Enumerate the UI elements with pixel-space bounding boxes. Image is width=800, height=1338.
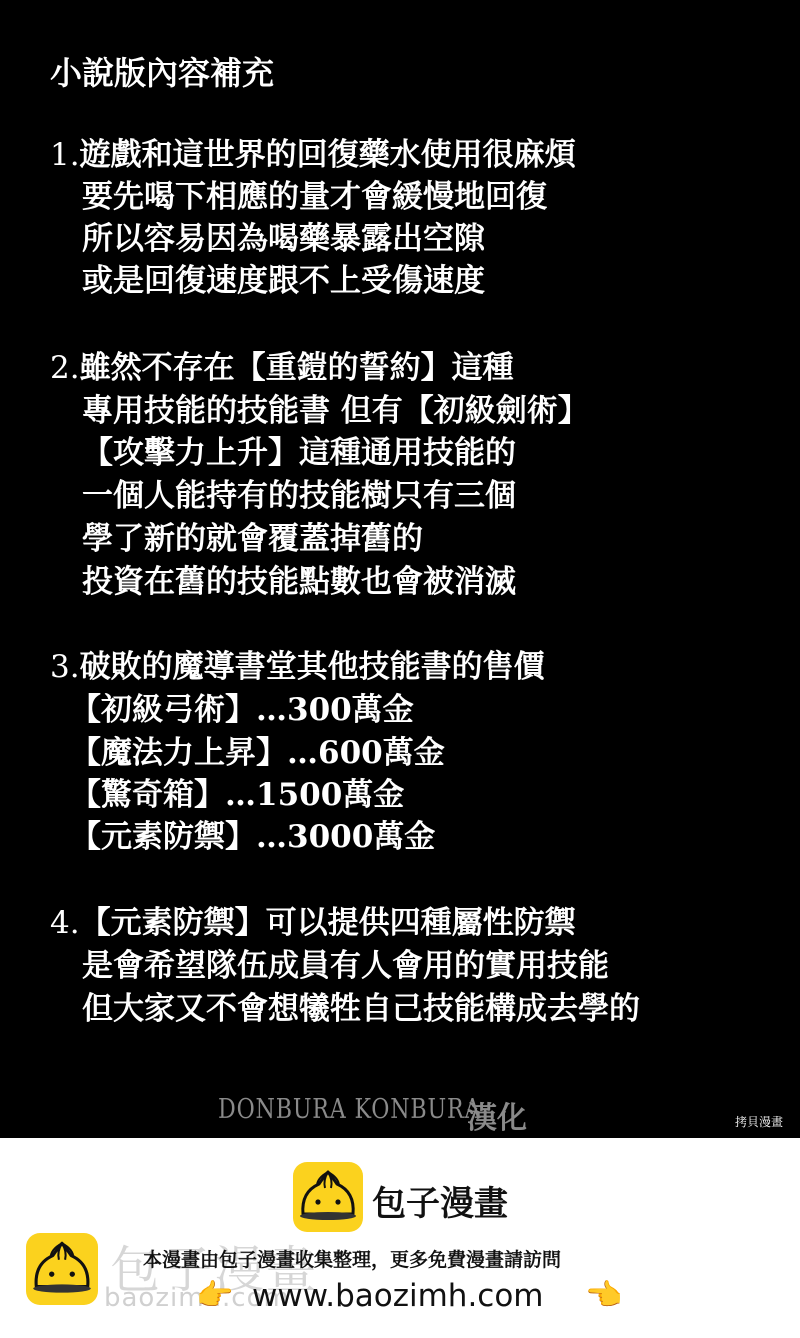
price-item-3: 【驚奇箱】…1500萬金 xyxy=(70,780,404,811)
source-watermark: 拷貝漫畫 xyxy=(735,1113,783,1130)
section-4-line-1: 4.【元素防禦】可以提供四種屬性防禦 xyxy=(50,908,576,939)
collection-notice: 本漫畫由包子漫畫收集整理，更多免費漫畫請訪問 xyxy=(143,1245,561,1272)
section-4-line-3: 但大家又不會想犧牲自己技能構成去學的 xyxy=(82,994,640,1025)
section-3-line-1: 3.破敗的魔導書堂其他技能書的售價 xyxy=(50,652,545,683)
section-1-line-1: 1.遊戲和這世界的回復藥水使用很麻煩 xyxy=(50,140,576,171)
section-number: 2. xyxy=(50,350,80,386)
section-4-line-2: 是會希望隊伍成員有人會用的實用技能 xyxy=(82,951,609,982)
baozi-logo-small-icon[interactable] xyxy=(26,1233,98,1305)
page-title: 小說版內容補充 xyxy=(50,48,274,94)
baozi-logo-icon[interactable] xyxy=(293,1162,363,1232)
section-2-line-2: 專用技能的技能書 但有【初級劍術】 xyxy=(82,396,589,427)
price-item-1: 【初級弓術】…300萬金 xyxy=(70,695,414,726)
section-2-line-6: 投資在舊的技能點數也會被消滅 xyxy=(82,567,516,598)
section-2-line-5: 學了新的就會覆蓋掉舊的 xyxy=(82,524,423,555)
price-item-4: 【元素防禦】…3000萬金 xyxy=(70,822,435,853)
manga-page: 小說版內容補充 1.遊戲和這世界的回復藥水使用很麻煩 要先喝下相應的量才會緩慢地… xyxy=(0,0,800,1138)
promo-footer: 包子漫畫 baozimh.com 包子漫畫 本漫畫由包子漫畫收集整理，更多免費漫… xyxy=(0,1138,800,1338)
section-number: 3. xyxy=(50,649,80,685)
section-2-line-1: 2.雖然不存在【重鎧的誓約】這種 xyxy=(50,353,514,384)
pointing-left-hand-icon: 👈 xyxy=(585,1281,622,1311)
section-2-line-3: 【攻擊力上升】這種通用技能的 xyxy=(82,438,516,469)
section-1-line-2: 要先喝下相應的量才會緩慢地回復 xyxy=(82,182,547,213)
site-url-link[interactable]: www.baozimh.com xyxy=(252,1278,544,1314)
section-2-line-4: 一個人能持有的技能樹只有三個 xyxy=(82,481,516,512)
price-item-2: 【魔法力上昇】…600萬金 xyxy=(70,738,445,769)
section-number: 1. xyxy=(50,137,80,173)
translator-credit-cjk: 漢化 xyxy=(467,1093,527,1137)
section-number: 4. xyxy=(50,905,80,941)
translator-credit: DONBURA KONBURA xyxy=(218,1094,481,1125)
brand-name: 包子漫畫 xyxy=(372,1176,508,1225)
pointing-right-hand-icon: 👉 xyxy=(196,1281,233,1311)
section-1-line-4: 或是回復速度跟不上受傷速度 xyxy=(82,266,485,297)
section-1-line-3: 所以容易因為喝藥暴露出空隙 xyxy=(82,224,485,255)
